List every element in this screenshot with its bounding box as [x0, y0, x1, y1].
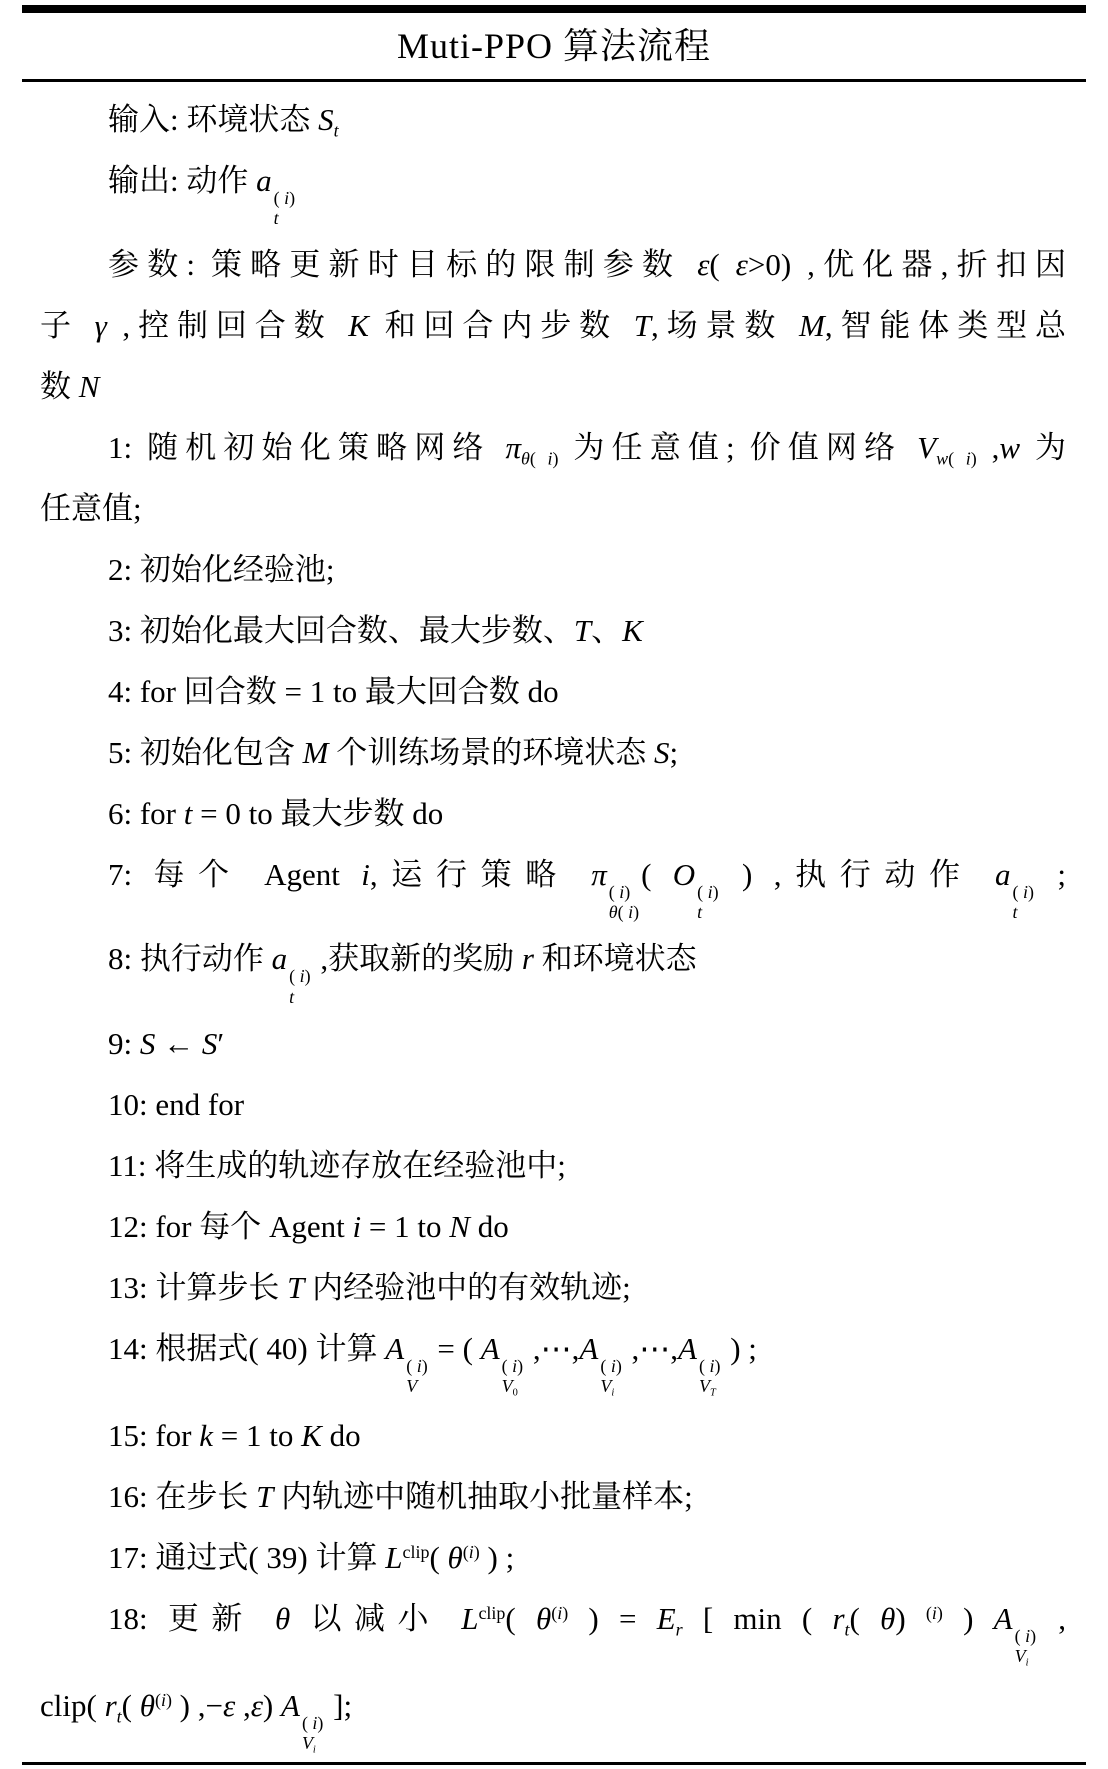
algorithm-line: 任意值; [40, 485, 1066, 533]
algorithm-line: clip( rt( θ(i) ) ,−ε ,ε) A( i)Vi ]; [40, 1682, 1066, 1756]
algorithm-line: 3: 初始化最大回合数、最大步数、T、K [40, 607, 1066, 655]
algorithm-line: 17: 通过式( 39) 计算 Lclip( θ(i) ) ; [40, 1534, 1066, 1582]
algorithm-line: 参数: 策略更新时目标的限制参数 ε( ε>0) ,优化器,折扣因 [40, 241, 1066, 289]
algorithm-line: 18: 更新 θ 以减小 Lclip( θ(i) ) = Er [ min ( … [40, 1595, 1066, 1669]
algorithm-line: 8: 执行动作 a( i)t ,获取新的奖励 r 和环境状态 [40, 935, 1066, 1006]
algorithm-line: 9: S ← S′ [40, 1020, 1066, 1068]
algorithm-line: 7: 每个 Agent i,运行策略 π( i)θ( i)( O( i)t ) … [40, 851, 1066, 922]
algorithm-line: 1: 随机初始化策略网络 πθ( i) 为任意值; 价值网络 Vw( i) ,w… [40, 424, 1066, 472]
algorithm-line: 子 γ ,控制回合数 K 和回合内步数 T,场景数 M,智能体类型总 [40, 302, 1066, 350]
algorithm-line: 12: for 每个 Agent i = 1 to N do [40, 1203, 1066, 1251]
algorithm-line: 输出: 动作 a( i)t [40, 157, 1066, 228]
algorithm-line: 14: 根据式( 40) 计算 A( i)V = ( A( i)V0 ,⋯,A(… [40, 1325, 1066, 1399]
algorithm-table-page: Muti-PPO 算法流程 输入: 环境状态 St输出: 动作 a( i)t参数… [0, 0, 1108, 1769]
algorithm-line: 输入: 环境状态 St [40, 96, 1066, 144]
algorithm-line: 2: 初始化经验池; [40, 546, 1066, 594]
algorithm-line: 10: end for [40, 1081, 1066, 1129]
algorithm-title: Muti-PPO 算法流程 [0, 24, 1108, 68]
algorithm-line: 15: for k = 1 to K do [40, 1412, 1066, 1460]
table-top-rule-thick [22, 5, 1086, 13]
algorithm-line: 6: for t = 0 to 最大步数 do [40, 790, 1066, 838]
algorithm-line: 11: 将生成的轨迹存放在经验池中; [40, 1142, 1066, 1190]
algorithm-body: 输入: 环境状态 St输出: 动作 a( i)t参数: 策略更新时目标的限制参数… [40, 96, 1066, 1769]
algorithm-line: 数 N [40, 363, 1066, 411]
table-header-rule [22, 79, 1086, 82]
algorithm-line: 5: 初始化包含 M 个训练场景的环境状态 S; [40, 729, 1066, 777]
algorithm-line: 16: 在步长 T 内轨迹中随机抽取小批量样本; [40, 1473, 1066, 1521]
algorithm-line: 4: for 回合数 = 1 to 最大回合数 do [40, 668, 1066, 716]
table-bottom-rule [22, 1762, 1086, 1765]
algorithm-line: 13: 计算步长 T 内经验池中的有效轨迹; [40, 1264, 1066, 1312]
